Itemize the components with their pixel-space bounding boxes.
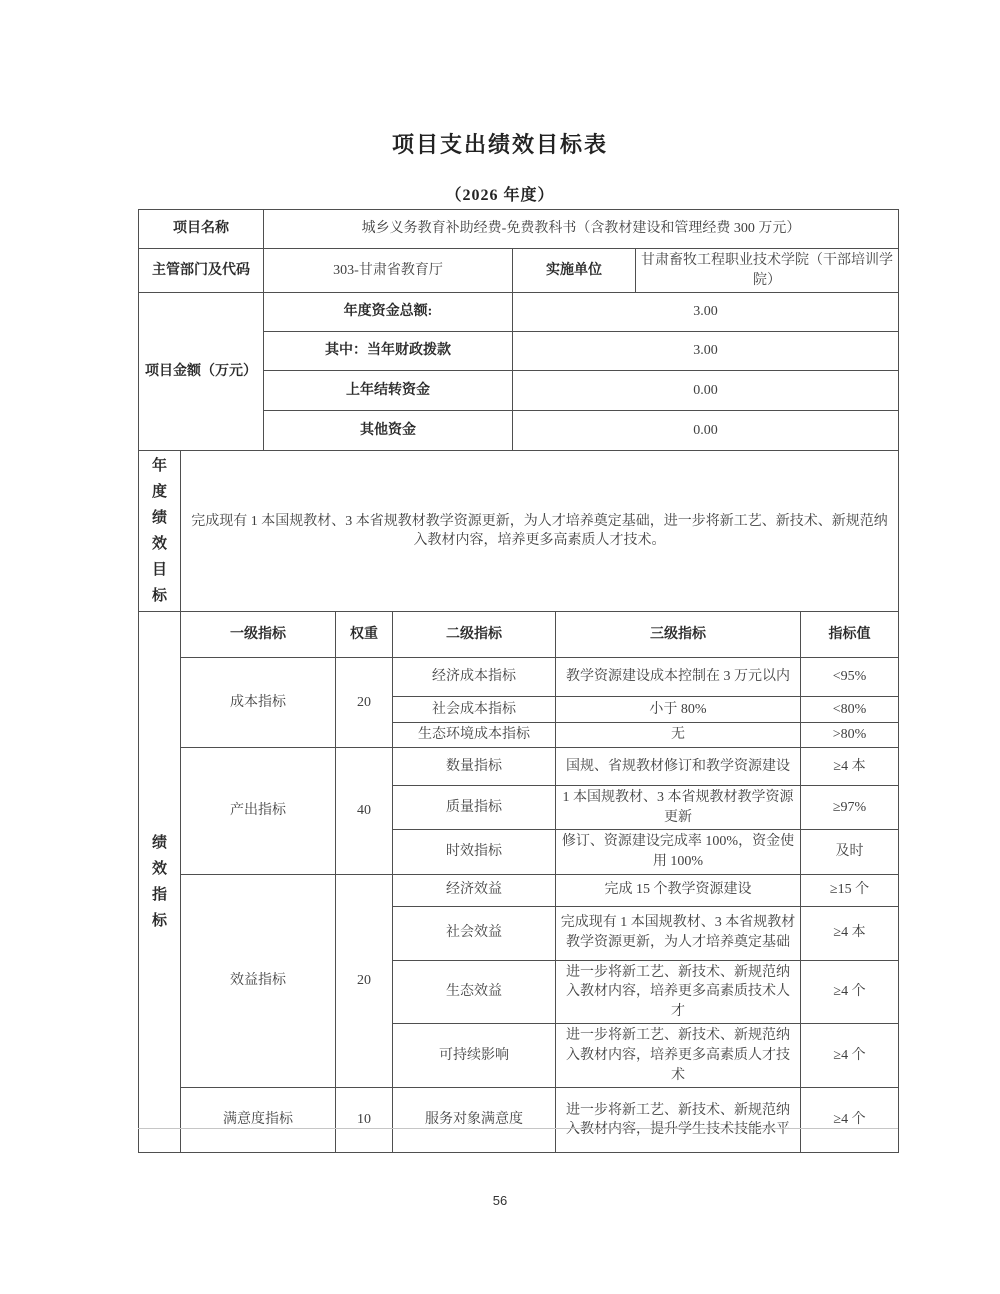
page-subtitle: （2026 年度） — [0, 182, 1000, 205]
group-weight: 40 — [336, 748, 393, 874]
header-level3: 三级指标 — [556, 612, 801, 658]
project-name-value: 城乡义务教育补助经费-免费教科书（含教材建设和管理经费 300 万元） — [264, 210, 899, 249]
document-page: 项目支出绩效目标表 （2026 年度） 项目名称 城乡义务教育补助经费-免费教科… — [0, 0, 1000, 1294]
indicator-level2: 数量指标 — [393, 748, 556, 786]
table-row: 项目金额（万元） 年度资金总额: 3.00 — [139, 293, 899, 332]
impl-unit-value: 甘肃畜牧工程职业技术学院（干部培训学院） — [636, 249, 899, 293]
indicator-level3: 小于 80% — [556, 697, 801, 723]
budget-row-name: 其中：当年财政拨款 — [264, 332, 513, 371]
indicator-level2: 时效指标 — [393, 830, 556, 874]
page-number: 56 — [0, 1193, 1000, 1208]
header-weight: 权重 — [336, 612, 393, 658]
table-row: 年度绩效目标 完成现有 1 本国规教材、3 本省规教材教学资源更新，为人才培养奠… — [139, 451, 899, 612]
indicator-level3: 完成 15 个教学资源建设 — [556, 874, 801, 906]
dept-label: 主管部门及代码 — [139, 249, 264, 293]
indicator-value: ≥4 本 — [801, 748, 899, 786]
indicator-level2: 经济效益 — [393, 874, 556, 906]
indicator-level3: 教学资源建设成本控制在 3 万元以内 — [556, 658, 801, 697]
annual-goal-label: 年度绩效目标 — [139, 451, 181, 612]
group-level1: 效益指标 — [181, 874, 336, 1088]
table-row: 主管部门及代码 303-甘肃省教育厅 实施单位 甘肃畜牧工程职业技术学院（干部培… — [139, 249, 899, 293]
indicator-level3: 进一步将新工艺、新技术、新规范纳入教材内容，培养更多高素质技术人才 — [556, 960, 801, 1024]
table-row: 效益指标 20 经济效益 完成 15 个教学资源建设 ≥15 个 — [139, 874, 899, 906]
header-level2: 二级指标 — [393, 612, 556, 658]
header-value: 指标值 — [801, 612, 899, 658]
indicator-value: 及时 — [801, 830, 899, 874]
indicator-value: ≥4 个 — [801, 960, 899, 1024]
indicator-header-row: 绩效指标 一级指标 权重 二级指标 三级指标 指标值 — [139, 612, 899, 658]
indicator-level3: 进一步将新工艺、新技术、新规范纳入教材内容，培养更多高素质人才技术 — [556, 1024, 801, 1088]
table-row: 项目名称 城乡义务教育补助经费-免费教科书（含教材建设和管理经费 300 万元） — [139, 210, 899, 249]
indicators-label: 绩效指标 — [139, 612, 181, 1153]
group-weight: 10 — [336, 1088, 393, 1153]
indicator-value: ≥15 个 — [801, 874, 899, 906]
indicator-value: ≥4 本 — [801, 906, 899, 960]
indicator-level2: 社会效益 — [393, 906, 556, 960]
indicator-level2: 经济成本指标 — [393, 658, 556, 697]
group-level1: 产出指标 — [181, 748, 336, 874]
indicator-level3: 完成现有 1 本国规教材、3 本省规教材教学资源更新，为人才培养奠定基础 — [556, 906, 801, 960]
annual-goal-label-text: 年度绩效目标 — [152, 453, 168, 609]
indicator-level3: 修订、资源建设完成率 100%，资金使用 100% — [556, 830, 801, 874]
indicator-level2: 可持续影响 — [393, 1024, 556, 1088]
indicator-level2: 社会成本指标 — [393, 697, 556, 723]
budget-row-value: 3.00 — [513, 293, 899, 332]
budget-row-name: 其他资金 — [264, 411, 513, 451]
group-level1: 满意度指标 — [181, 1088, 336, 1153]
indicator-value: ≥4 个 — [801, 1024, 899, 1088]
header-level1: 一级指标 — [181, 612, 336, 658]
budget-row-value: 0.00 — [513, 371, 899, 411]
table-bottom-rule — [138, 1128, 898, 1129]
indicator-value: ≥97% — [801, 786, 899, 830]
indicator-level3: 1 本国规教材、3 本省规教材教学资源更新 — [556, 786, 801, 830]
impl-unit-label: 实施单位 — [513, 249, 636, 293]
indicator-level3: 进一步将新工艺、新技术、新规范纳入教材内容，提升学生技术技能水平 — [556, 1088, 801, 1153]
table-row: 产出指标 40 数量指标 国规、省规教材修订和教学资源建设 ≥4 本 — [139, 748, 899, 786]
indicator-level2: 服务对象满意度 — [393, 1088, 556, 1153]
budget-label: 项目金额（万元） — [139, 293, 264, 451]
budget-row-name: 上年结转资金 — [264, 371, 513, 411]
group-weight: 20 — [336, 874, 393, 1088]
indicator-value: >80% — [801, 723, 899, 748]
table-row: 成本指标 20 经济成本指标 教学资源建设成本控制在 3 万元以内 <95% — [139, 658, 899, 697]
budget-row-value: 0.00 — [513, 411, 899, 451]
budget-row-name: 年度资金总额: — [264, 293, 513, 332]
indicator-level2: 质量指标 — [393, 786, 556, 830]
indicators-label-text: 绩效指标 — [152, 830, 168, 934]
annual-goal-text: 完成现有 1 本国规教材、3 本省规教材教学资源更新，为人才培养奠定基础，进一步… — [181, 451, 899, 612]
group-level1: 成本指标 — [181, 658, 336, 748]
table-row: 满意度指标 10 服务对象满意度 进一步将新工艺、新技术、新规范纳入教材内容，提… — [139, 1088, 899, 1153]
indicator-level3: 国规、省规教材修订和教学资源建设 — [556, 748, 801, 786]
indicator-level2: 生态效益 — [393, 960, 556, 1024]
performance-target-table: 项目名称 城乡义务教育补助经费-免费教科书（含教材建设和管理经费 300 万元）… — [138, 209, 899, 1153]
indicator-level3: 无 — [556, 723, 801, 748]
indicator-value: ≥4 个 — [801, 1088, 899, 1153]
budget-row-value: 3.00 — [513, 332, 899, 371]
dept-value: 303-甘肃省教育厅 — [264, 249, 513, 293]
indicator-value: <80% — [801, 697, 899, 723]
indicator-value: <95% — [801, 658, 899, 697]
project-name-label: 项目名称 — [139, 210, 264, 249]
indicator-level2: 生态环境成本指标 — [393, 723, 556, 748]
group-weight: 20 — [336, 658, 393, 748]
page-title: 项目支出绩效目标表 — [0, 128, 1000, 159]
